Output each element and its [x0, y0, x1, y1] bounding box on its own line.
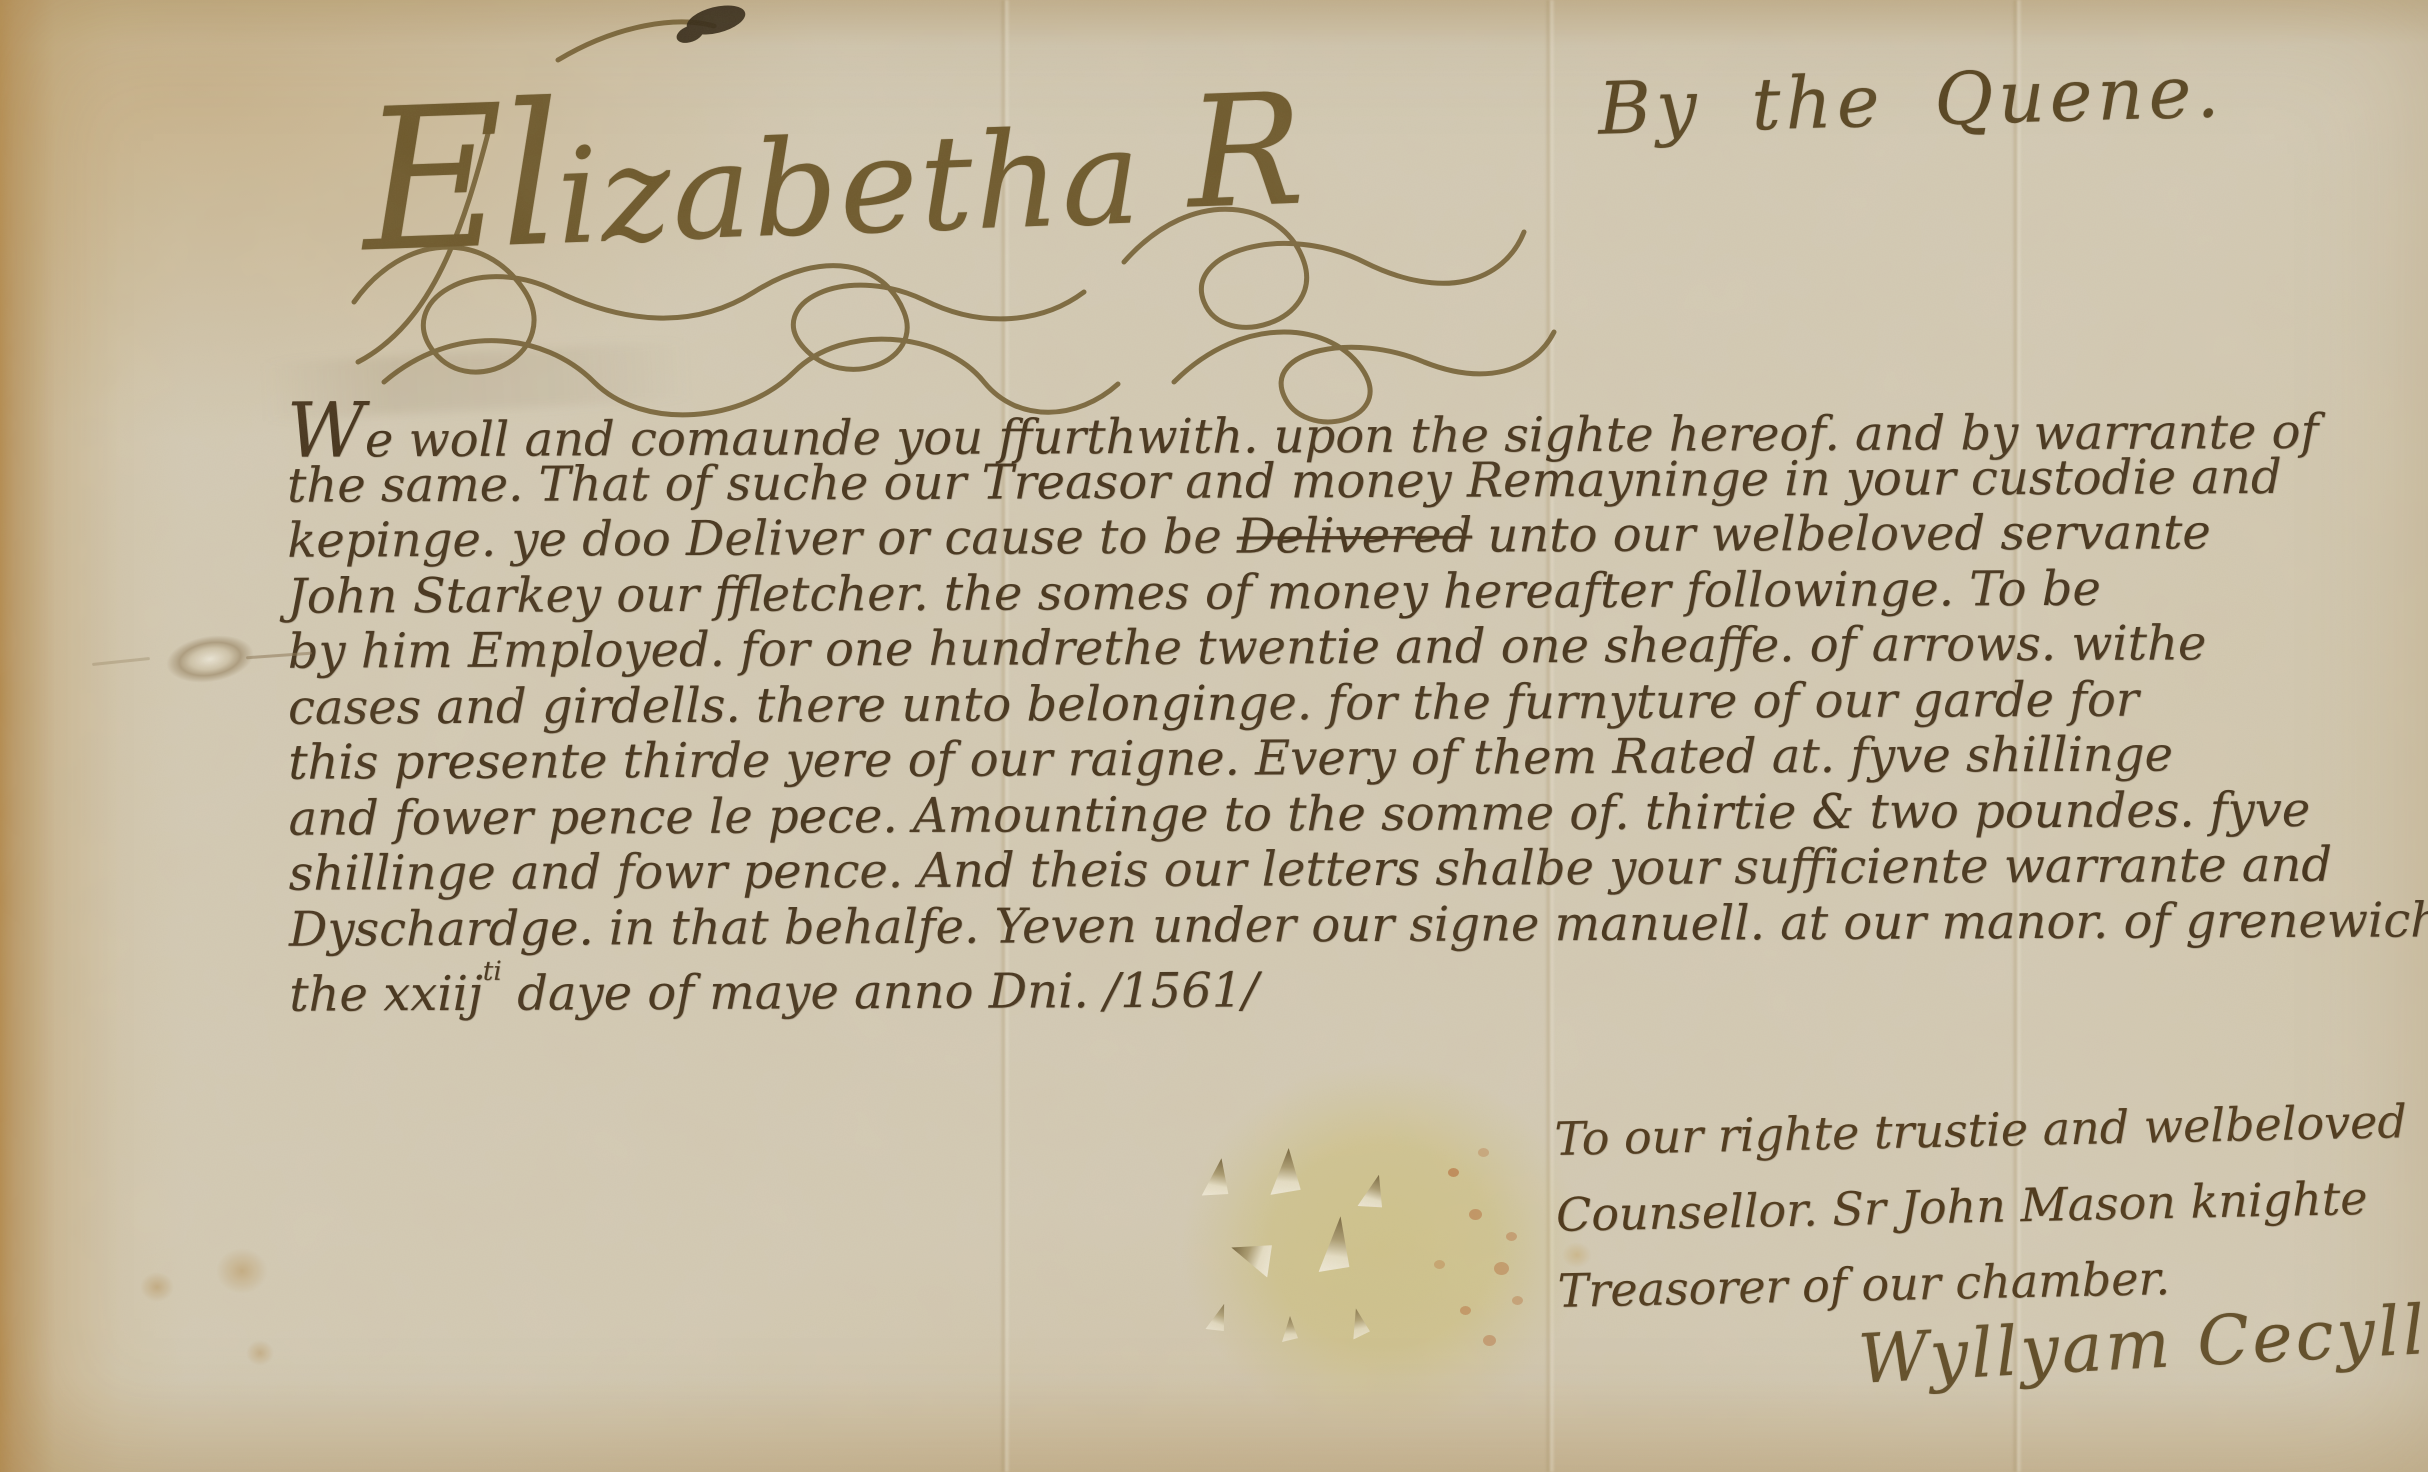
warrant-body: We woll and comaunde you ffurthwith. upo… — [287, 393, 2428, 1013]
seal-slit — [1202, 1156, 1235, 1200]
seal-wax-speckles — [1448, 1168, 1459, 1177]
seal-stain — [1180, 1062, 1584, 1430]
address-block: To our righte trustie and welbeloved Cou… — [1554, 1083, 2411, 1329]
body-line: this presente thirde yere of our raigne.… — [288, 726, 2428, 791]
parchment-flaw-scratch — [92, 657, 150, 666]
stain-spot — [140, 1272, 174, 1302]
parchment-flaw — [163, 629, 257, 688]
seal-slit — [1270, 1147, 1303, 1197]
body-line-dateline: the xxiijti daye of maye anno Dni. /1561… — [289, 948, 2428, 1013]
body-line: We woll and comaunde you ffurthwith. upo… — [287, 393, 2428, 458]
scribal-superscript: ti — [483, 956, 502, 987]
seal-slit — [1358, 1171, 1391, 1212]
body-line: Dyschardge. in that behalfe. Yeven under… — [289, 893, 2428, 958]
date-segment: daye of maye anno Dni. /1561/ — [502, 962, 1259, 1021]
date-segment: the xxiij — [289, 966, 483, 1023]
royal-signature-rest: izabetha — [554, 100, 1145, 274]
body-line: shillinge and fowr pence. And theis our … — [289, 837, 2428, 902]
seal-slit — [1347, 1306, 1371, 1339]
seal-slit — [1205, 1301, 1232, 1335]
struck-word: Delivered — [1237, 508, 1472, 565]
body-line: kepinge. ye doo Deliver or cause to be D… — [287, 504, 2428, 569]
seal-slit — [1282, 1316, 1298, 1342]
seal-slit — [1319, 1214, 1356, 1275]
royal-signature-initial: El — [358, 62, 560, 297]
body-line-segment: kepinge. ye doo Deliver or cause to be — [287, 509, 1237, 569]
seal-slit — [1226, 1232, 1278, 1277]
superscription: By the Quene. — [1597, 49, 2225, 150]
body-line-segment: unto our welbeloved servante — [1472, 504, 2211, 563]
stain-spot — [246, 1340, 274, 1366]
manuscript-page: By the Quene. ElizabethaR We woll and co… — [0, 0, 2428, 1472]
royal-signature-regnal-mark: R — [1184, 61, 1306, 244]
stain-spot — [216, 1248, 268, 1294]
royal-signature: ElizabethaR — [358, 36, 1307, 297]
body-line: by him Employed. for one hundrethe twent… — [288, 615, 2428, 680]
